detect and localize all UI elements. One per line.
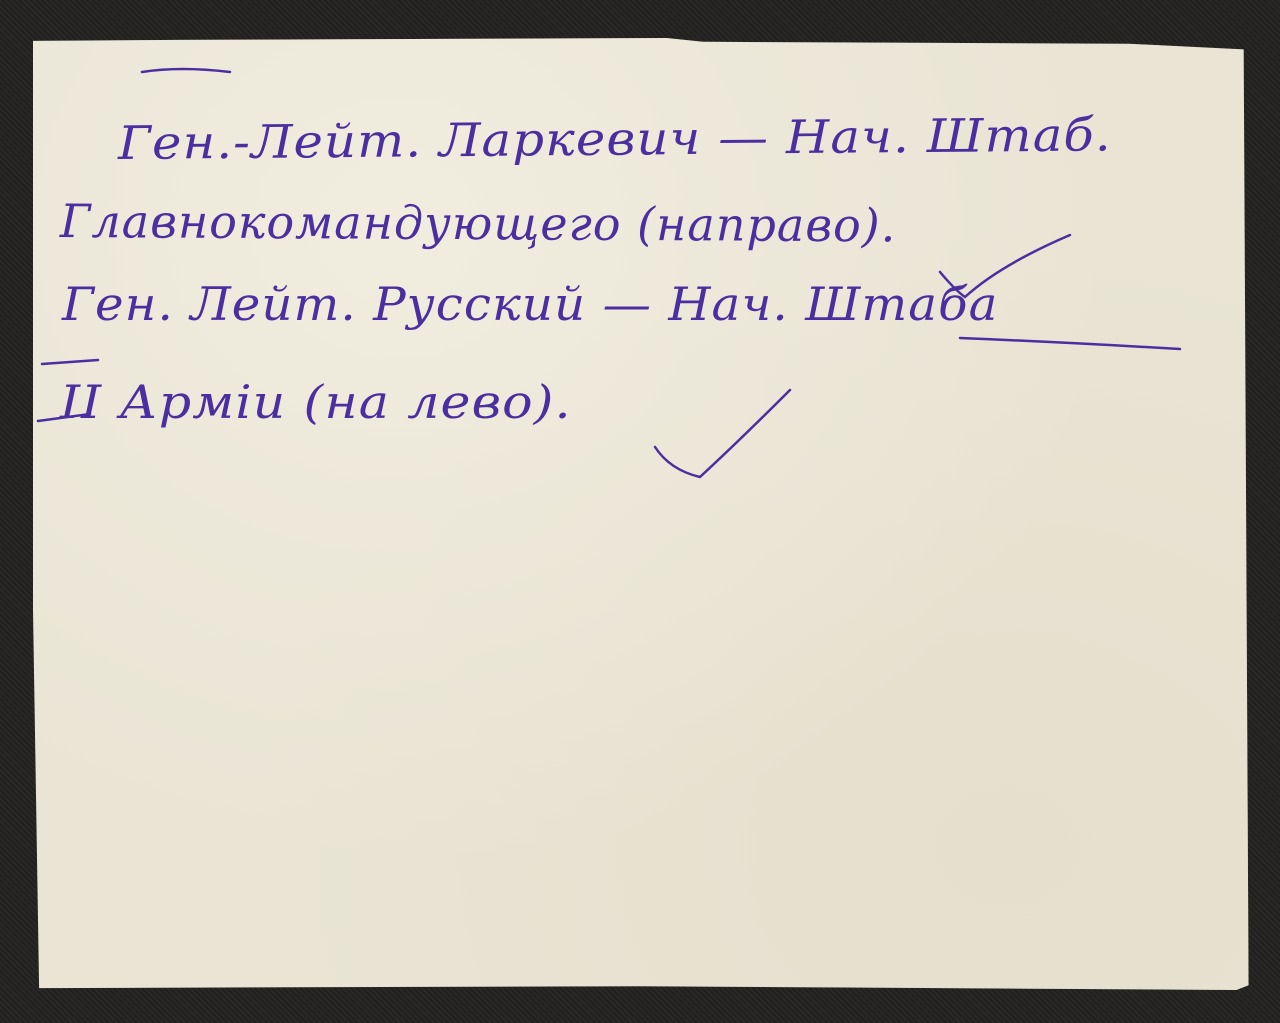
handwritten-line-3: Ген. Лейт. Русский — Нач. Штаба (62, 277, 998, 331)
paper-sheet (33, 38, 1251, 990)
handwritten-line-1: Ген.-Лейт. Ларкевич — Нач. Штаб. (118, 107, 1112, 170)
handwritten-line-4: II Арміи (на лево). (60, 375, 572, 429)
handwritten-line-2: Главнокомандующего (направо). (60, 194, 897, 252)
